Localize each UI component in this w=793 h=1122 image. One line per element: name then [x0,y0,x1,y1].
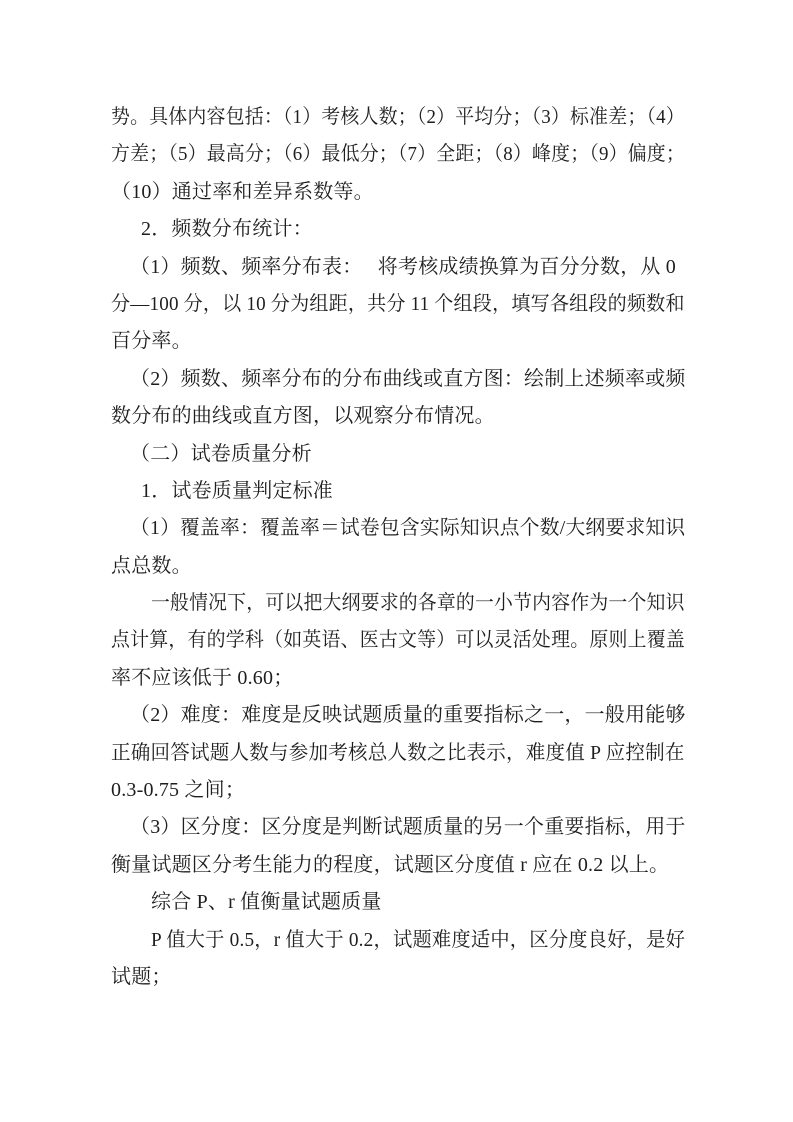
text-line: （1）频数、频率分布表： 将考核成绩换算为百分分数，从 0 [130,249,685,286]
text-line: 点计算，有的学科（如英语、医古文等）可以灵活处理。原则上覆盖 [111,622,655,659]
text-line: 一般情况下，可以把大纲要求的各章的一小节内容作为一个知识 [151,585,655,622]
document-page: 势。具体内容包括：（1）考核人数；（2）平均分；（3）标准差；（4） 方差；（5… [0,0,793,1122]
text-line: 衡量试题区分考生能力的程度，试题区分度值 r 应在 0.2 以上。 [111,847,685,884]
text-line: P 值大于 0.5，r 值大于 0.2，试题难度适中，区分度良好，是好 [151,922,666,959]
text-line: （2）频数、频率分布的分布曲线或直方图：绘制上述频率或频 [130,361,685,398]
text-line: 试题； [111,959,685,996]
text-line: 势。具体内容包括：（1）考核人数；（2）平均分；（3）标准差；（4） [111,99,654,136]
text-line: （2）难度：难度是反映试题质量的重要指标之一，一般用能够 [130,697,685,734]
text-line: 百分率。 [111,323,685,360]
text-line: （1）覆盖率：覆盖率＝试卷包含实际知识点个数/大纲要求知识 [130,510,679,547]
text-line: 数分布的曲线或直方图，以观察分布情况。 [111,398,685,435]
text-line: 正确回答试题人数与参加考核总人数之比表示，难度值 P 应控制在 [111,735,672,772]
text-line: （二）试卷质量分析 [130,436,685,473]
text-line: 方差；（5）最高分；（6）最低分；（7）全距；（8）峰度；（9）偏度； [111,136,654,173]
text-line: 率不应该低于 0.60； [111,660,685,697]
text-line: 1．试卷质量判定标准 [141,473,685,510]
text-line: （3）区分度：区分度是判断试题质量的另一个重要指标，用于 [130,809,685,846]
document-text-block: 势。具体内容包括：（1）考核人数；（2）平均分；（3）标准差；（4） 方差；（5… [111,99,685,996]
text-line: 分—100 分，以 10 分为组距，共分 11 个组段，填写各组段的频数和 [111,286,658,323]
text-line: 0.3-0.75 之间； [111,772,685,809]
text-line: 2．频数分布统计： [141,211,685,248]
text-line: （10）通过率和差异系数等。 [111,174,685,211]
text-line: 综合 P、r 值衡量试题质量 [151,884,685,921]
text-line: 点总数。 [111,548,685,585]
